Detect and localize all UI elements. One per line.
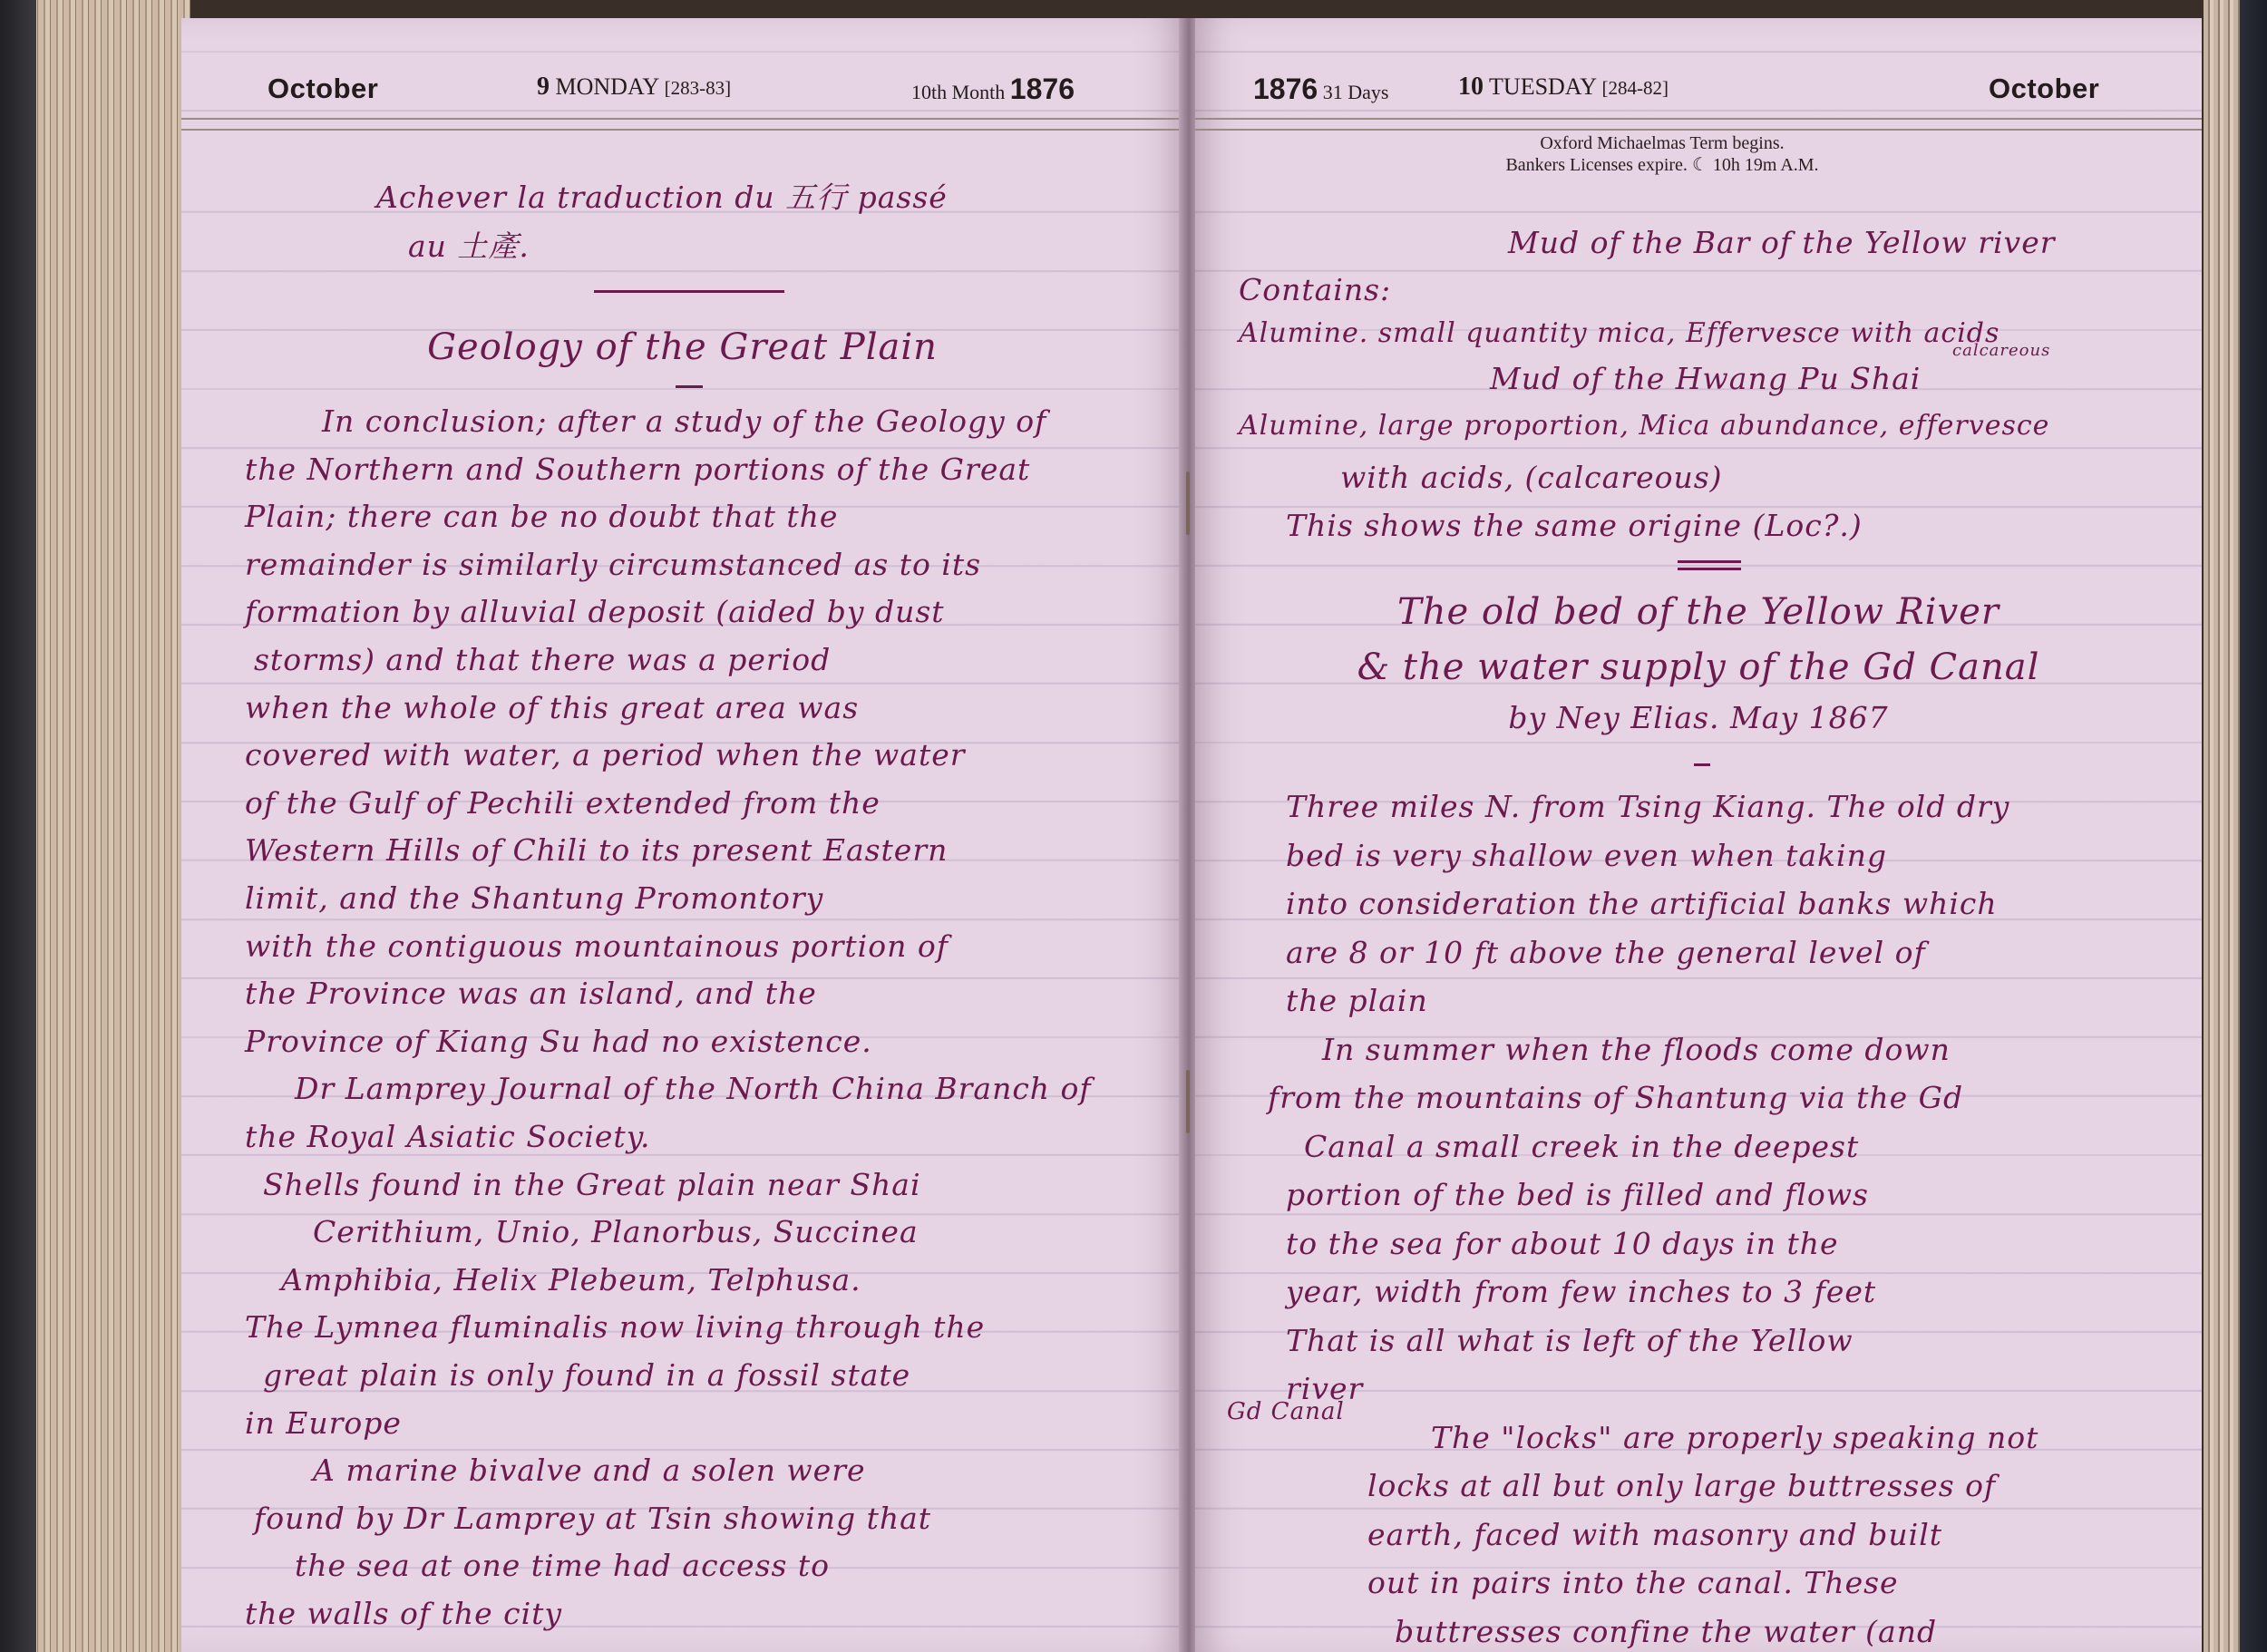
handwritten-line: in Europe [245, 1405, 402, 1441]
left-month-year: 10th Month 1876 [911, 73, 1075, 106]
same-origin-line: This shows the same origine (Loc?.) [1286, 508, 1863, 543]
page-edges-right [2204, 0, 2267, 1652]
handwritten-line: storms) and that there was a period [254, 642, 831, 677]
handwritten-line: are 8 or 10 ft above the general level o… [1286, 935, 1926, 970]
handwritten-line: remainder is similarly circumstanced as … [245, 547, 981, 582]
handwritten-line: Canal a small creek in the deepest [1304, 1129, 1859, 1164]
right-day-number: 10 [1458, 73, 1484, 101]
handwritten-line: the Royal Asiatic Society. [245, 1119, 650, 1154]
handwritten-line: Plain; there can be no doubt that the [245, 499, 838, 534]
handwritten-line: the plain [1286, 983, 1428, 1018]
intro-line-2: au 土產. [408, 223, 530, 266]
handwritten-line: the Northern and Southern portions of th… [245, 452, 1030, 487]
right-month: October [1989, 73, 2099, 105]
handwritten-line: found by Dr Lamprey at Tsin showing that [254, 1501, 931, 1536]
printed-note-oxford: Oxford Michaelmas Term begins. [1123, 132, 2202, 154]
alumine-line-1: Alumine. small quantity mica, Effervesce… [1239, 317, 1999, 349]
contains-label: Contains: [1239, 272, 1391, 307]
left-month-label: 10th Month [911, 81, 1005, 103]
handwritten-line: out in pairs into the canal. These [1367, 1565, 1899, 1600]
handwritten-line: The "locks" are properly speaking not [1431, 1420, 2038, 1455]
handwritten-line: with the contiguous mountainous portion … [245, 928, 949, 964]
handwritten-line: formation by alluvial deposit (aided by … [245, 594, 945, 629]
handwritten-line: year, width from few inches to 3 feet [1286, 1274, 1876, 1309]
printed-notes: Oxford Michaelmas Term begins. Bankers L… [1123, 132, 2202, 176]
ink-divider [594, 290, 784, 293]
section-title-geology: Geology of the Great Plain [181, 326, 1183, 368]
left-month: October [268, 73, 378, 105]
ink-dash [1694, 763, 1710, 766]
handwritten-line: from the mountains of Shantung via the G… [1268, 1080, 1963, 1115]
right-days-in-month: 31 Days [1323, 81, 1389, 103]
canal-title: & the water supply of the Gd Canal [1195, 646, 2202, 688]
ink-double-rule [1678, 568, 1741, 570]
handwritten-line: Cerithium, Unio, Planorbus, Succinea [313, 1214, 919, 1249]
handwritten-line: The Lymnea fluminalis now living through… [245, 1309, 985, 1345]
handwritten-line: locks at all but only large buttresses o… [1367, 1468, 1996, 1503]
left-day: 9 MONDAY [283-83] [537, 73, 731, 102]
right-year-days: 1876 31 Days [1253, 73, 1388, 106]
handwritten-line: Three miles N. from Tsing Kiang. The old… [1286, 789, 2009, 824]
left-page-header: October 9 MONDAY [283-83] 10th Month 187… [181, 54, 1183, 112]
handwritten-line: the Province was an island, and the [245, 976, 817, 1011]
handwritten-line: A marine bivalve and a solen were [313, 1453, 866, 1488]
handwritten-line: buttresses confine the water (and [1395, 1614, 1937, 1649]
left-day-number: 9 [537, 73, 550, 101]
left-day-count: [283-83] [665, 77, 731, 99]
handwritten-line: Western Hills of Chili to its present Ea… [245, 832, 948, 868]
ink-dash [676, 385, 703, 388]
mud-hwang-pu-title: Mud of the Hwang Pu Shai [1490, 361, 1921, 396]
page-edges-left [0, 0, 190, 1652]
handwritten-line: into consideration the artificial banks … [1286, 886, 1998, 921]
left-page: October 9 MONDAY [283-83] 10th Month 187… [181, 18, 1183, 1652]
handwritten-line: to the sea for about 10 days in the [1286, 1226, 1839, 1261]
handwritten-line: of the Gulf of Pechili extended from the [245, 785, 881, 821]
handwritten-line: Dr Lamprey Journal of the North China Br… [295, 1071, 1092, 1106]
handwritten-line: Province of Kiang Su had no existence. [245, 1024, 872, 1059]
moon-phase: ☾ 10h 19m A.M. [1692, 155, 1819, 175]
handwritten-line: when the whole of this great area was [245, 690, 859, 725]
handwritten-line: great plain is only found in a fossil st… [263, 1357, 910, 1393]
handwritten-line: limit, and the Shantung Promontory [245, 880, 823, 916]
calcareous-annotation: calcareous [1952, 341, 2050, 360]
ink-double-rule [1678, 560, 1741, 563]
right-day: 10 TUESDAY [284-82] [1458, 73, 1669, 102]
handwritten-line: the sea at one time had access to [295, 1548, 830, 1583]
alumine-line-3: with acids, (calcareous) [1340, 460, 1723, 495]
right-day-name: TUESDAY [1489, 73, 1596, 100]
intro-line-1: Achever la traduction du 五行 passé [376, 174, 948, 217]
book-cover-right [2240, 0, 2267, 1652]
handwritten-line: bed is very shallow even when taking [1286, 838, 1887, 873]
alumine-line-2: Alumine, large proportion, Mica abundanc… [1239, 410, 2049, 442]
book-cover-left [0, 0, 36, 1652]
handwritten-line: covered with water, a period when the wa… [245, 737, 966, 773]
mud-bar-title: Mud of the Bar of the Yellow river [1508, 225, 2056, 260]
open-diary-book: October 9 MONDAY [283-83] 10th Month 187… [0, 0, 2267, 1652]
handwritten-line: In conclusion; after a study of the Geol… [322, 403, 1046, 439]
right-day-count: [284-82] [1602, 77, 1669, 99]
binding-stitch [1186, 471, 1190, 535]
handwritten-line: earth, faced with masonry and built [1367, 1517, 1942, 1552]
right-year: 1876 [1253, 73, 1318, 105]
handwritten-line: portion of the bed is filled and flows [1286, 1177, 1869, 1212]
handwritten-line: the walls of the city [245, 1596, 562, 1631]
handwritten-line: That is all what is left of the Yellow [1286, 1323, 1853, 1358]
left-year: 1876 [1010, 73, 1075, 105]
header-double-rule [1195, 118, 2202, 131]
header-double-rule [181, 118, 1183, 131]
handwritten-line: In summer when the floods come down [1322, 1032, 1951, 1067]
left-day-name: MONDAY [556, 73, 659, 100]
binding-stitch [1186, 1070, 1190, 1133]
handwritten-line: Amphibia, Helix Plebeum, Telphusa. [281, 1262, 861, 1297]
right-page-header: 1876 31 Days 10 TUESDAY [284-82] October [1195, 54, 2202, 112]
handwritten-line: Shells found in the Great plain near Sha… [263, 1167, 921, 1202]
right-page: 1876 31 Days 10 TUESDAY [284-82] October… [1195, 18, 2202, 1652]
handwritten-line: river [1286, 1371, 1363, 1406]
yellow-river-title: The old bed of the Yellow River [1195, 591, 2202, 633]
printed-note-bankers: Bankers Licenses expire. ☾ 10h 19m A.M. [1123, 154, 2202, 176]
byline: by Ney Elias. May 1867 [1195, 700, 2202, 735]
